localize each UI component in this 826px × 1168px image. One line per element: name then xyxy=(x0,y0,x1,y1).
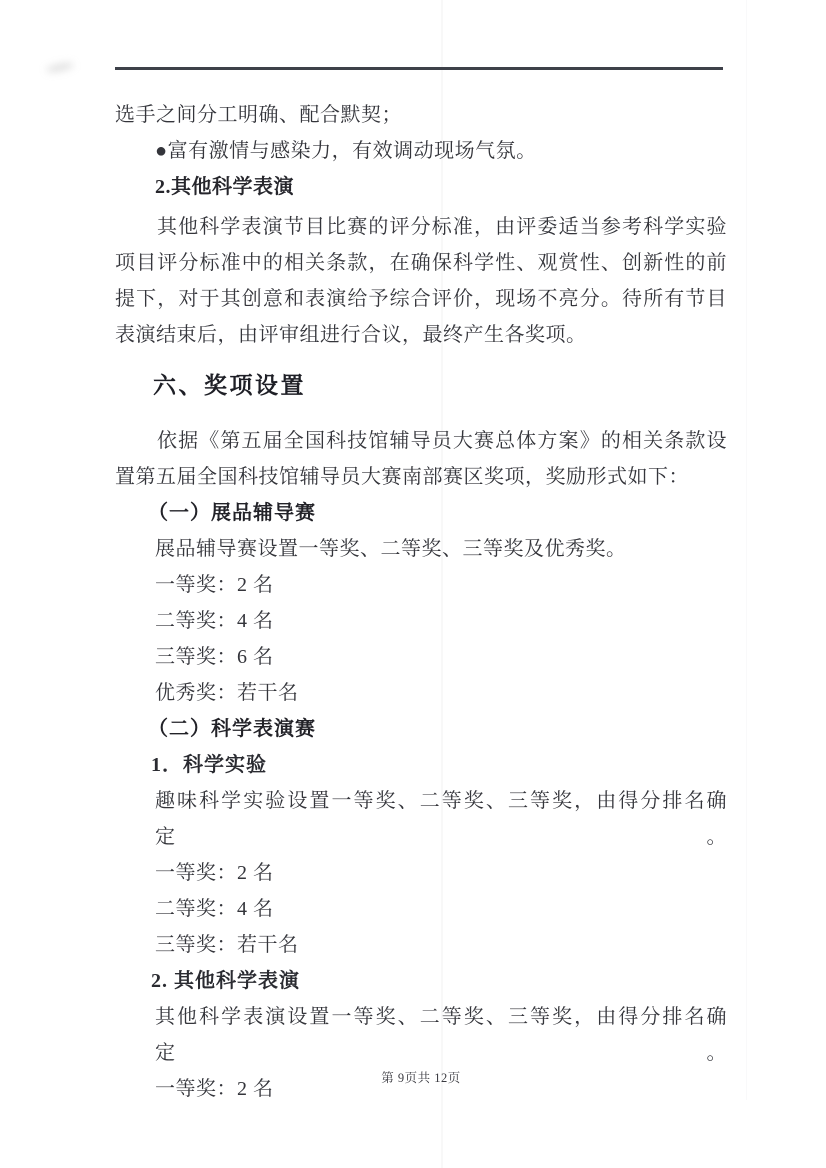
subheading-other-performance-2: 2. 其他科学表演 xyxy=(115,963,727,999)
experiment-third-prize: 三等奖：若干名 xyxy=(115,927,727,963)
experiment-awards-intro: 趣味科学实验设置一等奖、二等奖、三等奖，由得分排名确定。 xyxy=(115,783,727,855)
paragraph-scoring-line-1: 其他科学表演节目比赛的评分标准，由评委适当参考科学实验 xyxy=(115,209,727,245)
scan-streak-right xyxy=(746,0,747,1100)
paragraph-scoring-line-4: 表演结束后，由评审组进行合议，最终产生各奖项。 xyxy=(115,317,727,353)
item-heading-exhibit-contest: （一）展品辅导赛 xyxy=(115,495,727,531)
paragraph-basis-line-2: 置第五届全国科技馆辅导员大赛南部赛区奖项，奖励形式如下： xyxy=(115,459,727,495)
other-performance-awards-intro: 其他科学表演设置一等奖、二等奖、三等奖，由得分排名确定。 xyxy=(115,999,727,1071)
section-heading-awards: 六、奖项设置 xyxy=(115,367,727,403)
paragraph-scoring-line-2: 项目评分标准中的相关条款，在确保科学性、观赏性、创新性的前 xyxy=(115,245,727,281)
paragraph-basis-line-1: 依据《第五届全国科技馆辅导员大赛总体方案》的相关条款设 xyxy=(115,423,727,459)
header-rule xyxy=(115,67,723,70)
page-number: 第 9页共 12页 xyxy=(115,1064,727,1092)
document-content: 选手之间分工明确、配合默契；●富有激情与感染力，有效调动现场气氛。2.其他科学表… xyxy=(115,97,727,1107)
exhibit-third-prize: 三等奖：6 名 xyxy=(115,639,727,675)
bullet-line: ●富有激情与感染力，有效调动现场气氛。 xyxy=(115,133,727,169)
scan-smudge xyxy=(46,61,75,74)
exhibit-first-prize: 一等奖：2 名 xyxy=(115,567,727,603)
document-page: 选手之间分工明确、配合默契；●富有激情与感染力，有效调动现场气氛。2.其他科学表… xyxy=(0,0,826,1168)
exhibit-awards-intro: 展品辅导赛设置一等奖、二等奖、三等奖及优秀奖。 xyxy=(115,531,727,567)
continuation-line: 选手之间分工明确、配合默契； xyxy=(115,97,727,133)
item-heading-performance-contest: （二）科学表演赛 xyxy=(115,711,727,747)
experiment-first-prize: 一等奖：2 名 xyxy=(115,855,727,891)
experiment-second-prize: 二等奖：4 名 xyxy=(115,891,727,927)
exhibit-second-prize: 二等奖：4 名 xyxy=(115,603,727,639)
subheading-other-performance: 2.其他科学表演 xyxy=(115,169,727,205)
subheading-science-experiment: 1．科学实验 xyxy=(115,747,727,783)
paragraph-scoring-line-3: 提下，对于其创意和表演给予综合评价，现场不亮分。待所有节目 xyxy=(115,281,727,317)
exhibit-excellence-prize: 优秀奖：若干名 xyxy=(115,675,727,711)
